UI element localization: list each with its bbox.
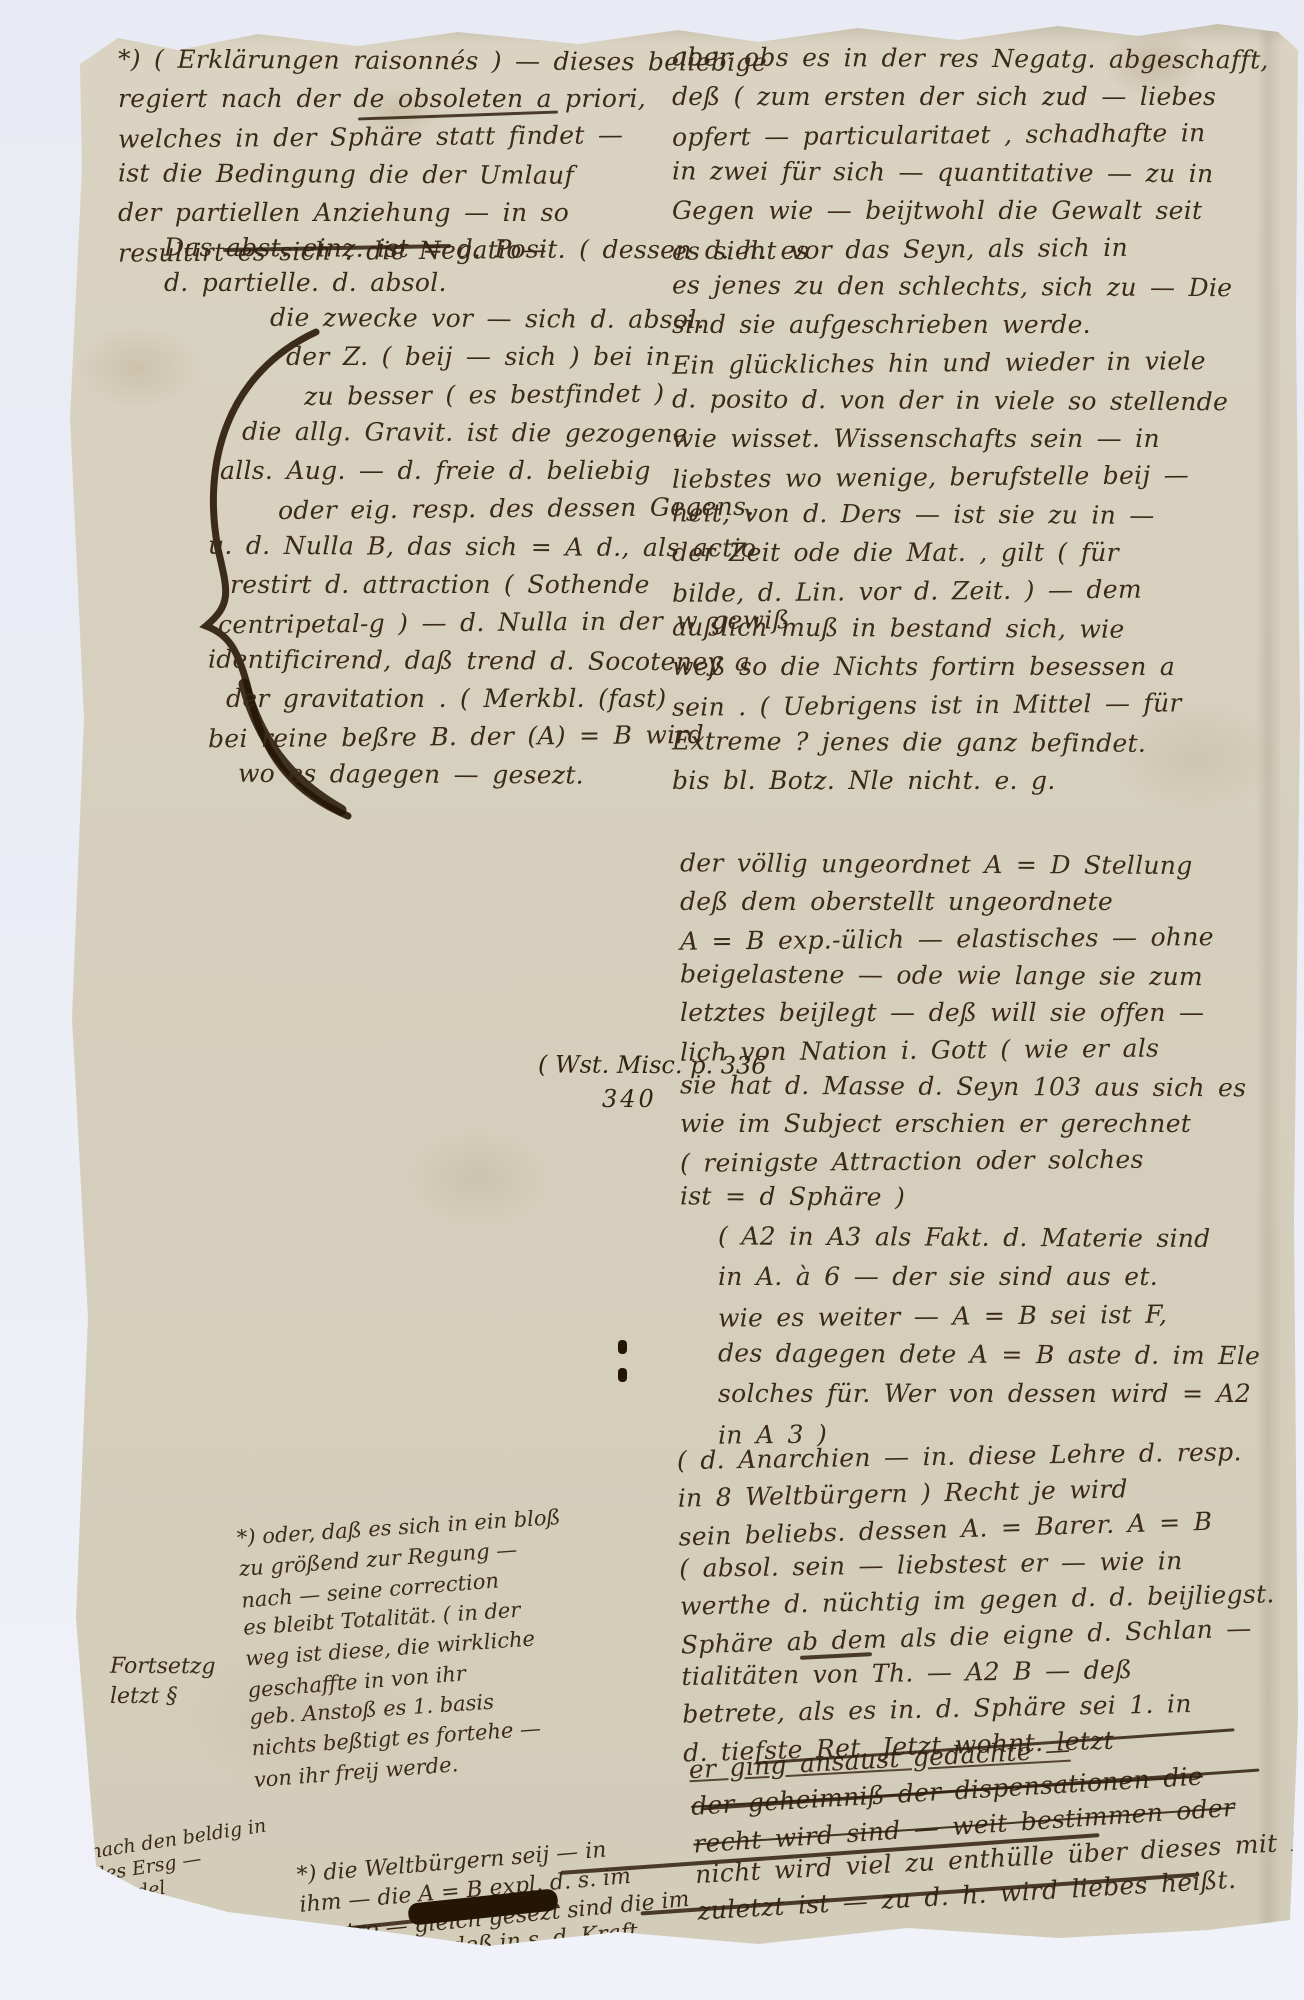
manuscript-line: deß ( zum ersten der sich zud — liebes [672, 78, 1304, 116]
manuscript-line: der Zeit ode die Mat. , gilt ( für [672, 534, 1304, 572]
ink-colon-mark [618, 1340, 627, 1386]
manuscript-line: die allg. Gravit. ist die gezogene [242, 413, 728, 454]
manuscript-line: des dagegen dete A = B aste d. im Ele [718, 1333, 1304, 1375]
manuscript-line: liebstes wo wenige, berufstelle beij — [672, 455, 1304, 499]
manuscript-line: es jenes zu den schlechts, sich zu — Die [672, 266, 1304, 307]
manuscript-line: der völlig ungeordnet A = D Stellung [680, 844, 1304, 884]
manuscript-line: letztes beijlegt — deß will sie offen — [680, 994, 1304, 1031]
manuscript-line: centripetal-g ) — d. Nulla in der w gewi… [218, 602, 728, 644]
manuscript-line: opfert — particularitaet , schadhafte in [672, 113, 1304, 157]
manuscript-line: wie im Subject erschien er gerechnet [680, 1105, 1304, 1142]
manuscript-line: der partiellen Anziehung — in so [118, 194, 718, 232]
manuscript-line: deß dem oberstellt ungeordnete [680, 883, 1304, 920]
manuscript-line: wo es dagegen — gesezt. [238, 755, 728, 796]
manuscript-line: heit, von d. Ders — ist sie zu in — [672, 494, 1304, 535]
manuscript-scan: { "colors": {"ink": "#3a2a16", "paper": … [0, 0, 1304, 2000]
manuscript-line: regiert nach der de obsoleten a priori, [118, 80, 718, 118]
manuscript-page: *) ( Erklärungen raisonnés ) — dieses be… [58, 18, 1304, 1962]
manuscript-line: beigelastene — ode wie lange sie zum [680, 955, 1304, 995]
manuscript-line: der Z. ( beij — sich ) bei in [286, 338, 728, 376]
manuscript-line: sind sie aufgeschrieben werde. [672, 306, 1304, 344]
manuscript-line: A = B exp.-ülich — elastisches — ohne [680, 917, 1304, 959]
manuscript-line: aber obs es in der res Negatg. abgeschaf… [672, 38, 1304, 79]
manuscript-line: ist die Bedingung die der Umlauf [118, 154, 718, 195]
manuscript-line: Ein glückliches hin und wieder in viele [672, 341, 1304, 385]
manuscript-line: solches für. Wer von dessen wird = A2 [718, 1374, 1304, 1413]
manuscript-line: Gegen wie — beijtwohl die Gewalt seit [672, 192, 1304, 230]
manuscript-line: zu besser ( es bestfindet ) [304, 374, 728, 416]
right-text-block-a: aber obs es in der res Negatg. abgeschaf… [672, 40, 1304, 800]
manuscript-line: in zwei für sich — quantitative — zu in [672, 152, 1304, 193]
manuscript-line: u. d. Nulla B, das sich = A d., als acti… [208, 527, 728, 568]
manuscript-line: ( A2 in A3 als Fakt. d. Materie sind [718, 1216, 1304, 1258]
margin-fortsetzung-note: Fortsetzgletzt § [110, 1652, 216, 1712]
corner-margin-note: nach den beldig indes Ersg —wandel [88, 1814, 275, 1910]
manuscript-line: sie hat d. Masse d. Seyn 103 aus sich es [680, 1066, 1304, 1106]
right-text-block-d: ( d. Anarchien — in. diese Lehre d. resp… [677, 1431, 1304, 1768]
manuscript-line: der gravitation . ( Merkbl. (fast) [226, 680, 728, 718]
manuscript-line: bilde, d. Lin. vor d. Zeit. ) — dem [672, 569, 1304, 613]
manuscript-line: oder eig. resp. des dessen Gegens. [278, 488, 728, 530]
manuscript-line: Fortsetzg [110, 1652, 216, 1683]
manuscript-line: *) ( Erklärungen raisonnés ) — dieses be… [118, 40, 718, 81]
bottom-weltbuerger-note: *) die Weltbürgern seij — inihm — die A … [296, 1798, 1063, 1976]
manuscript-line: die zwecke vor — sich d. absol. [270, 299, 728, 339]
manuscript-line: ist = d Sphäre ) [680, 1177, 1304, 1217]
manuscript-line: wie es weiter — A = B sei ist F, [718, 1293, 1304, 1337]
manuscript-line: identificirend, daß trend d. Socoteney a [208, 641, 728, 682]
manuscript-line: alls. Aug. — d. freie d. beliebig [220, 452, 728, 490]
right-text-block-b: der völlig ungeordnet A = D Stellungdeß … [680, 846, 1304, 1216]
manuscript-line: sein . ( Uebrigens ist in Mittel — für [672, 683, 1304, 727]
manuscript-line: es sieht vor das Seyn, als sich in [672, 227, 1304, 271]
left-definition-block: Das abst. einz. ist = d. Posit. ( dessen… [164, 232, 684, 300]
manuscript-line: bei reine beßre B. der (A) = B wird [208, 716, 728, 759]
manuscript-line: außlich muß in bestand sich, wie [672, 608, 1304, 649]
manuscript-line: Extreme ? jenes die ganz befindet. [672, 722, 1304, 763]
manuscript-line: ( reinigste Attraction oder solches [680, 1139, 1304, 1181]
manuscript-line: bis bl. Botz. Nle nicht. e. g. [672, 762, 1304, 800]
manuscript-line: lich von Nation i. Gott ( wie er als [680, 1028, 1304, 1070]
manuscript-line: letzt § [110, 1682, 216, 1712]
manuscript-line: d. posito d. von der in viele so stellen… [672, 380, 1304, 421]
manuscript-line: d. partielle. d. absol. [164, 266, 684, 300]
manuscript-line: restirt d. attraction ( Sothende [230, 566, 728, 604]
manuscript-line: wie wisset. Wissenschafts sein — in [672, 420, 1304, 458]
manuscript-line: weß so die Nichts fortirn besessen a [672, 648, 1304, 686]
left-brace-block: die zwecke vor — sich d. absol.der Z. ( … [208, 300, 728, 794]
bottom-footnote-block: *) oder, daß es sich in ein bloßzu größe… [236, 1495, 674, 1794]
manuscript-line: in A. à 6 — der sie sind aus et. [718, 1257, 1304, 1296]
right-formula-block: ( A2 in A3 als Fakt. d. Materie sindin A… [718, 1218, 1304, 1452]
manuscript-line: welches in der Sphäre statt findet — [118, 115, 718, 158]
